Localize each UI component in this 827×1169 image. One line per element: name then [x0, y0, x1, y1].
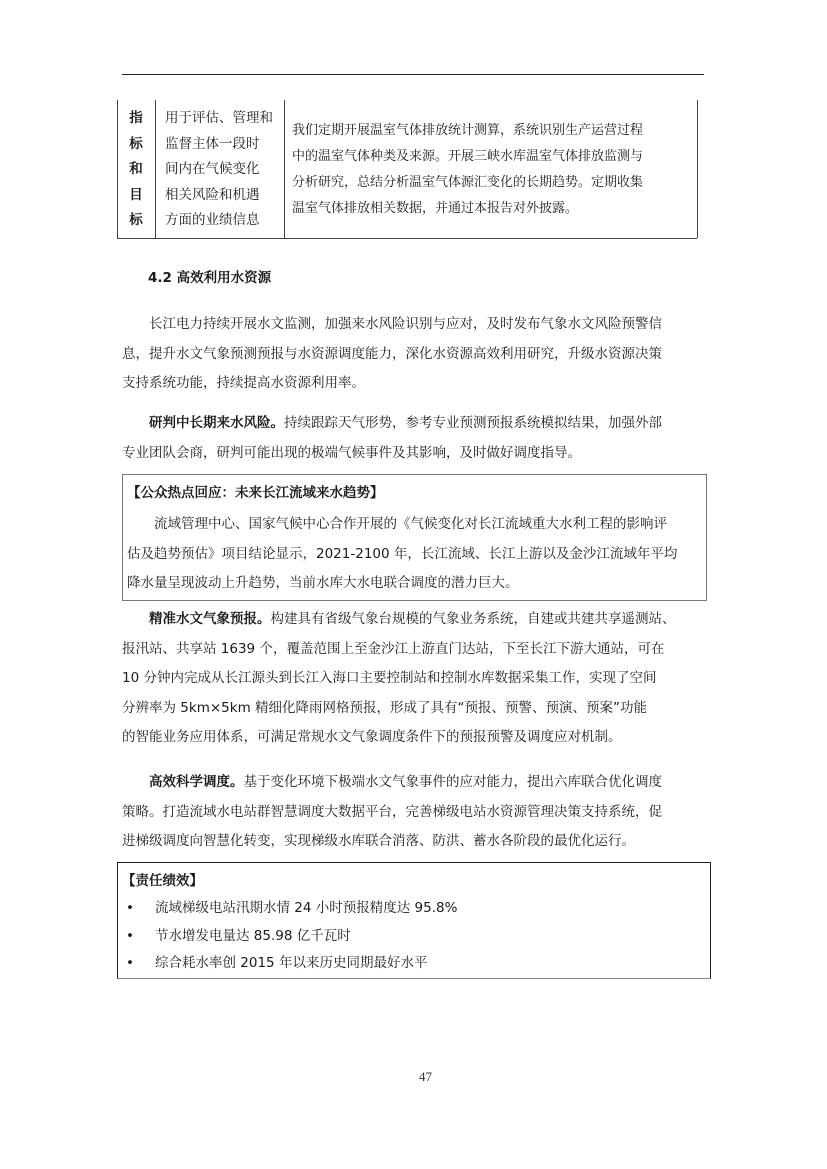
definition-line: 间内在气候变化 — [165, 157, 290, 183]
forecast-paragraph: 精准水文气象预报。构建具有省级气象台规模的气象业务系统，自建或共建共享遥测站、 … — [122, 605, 708, 753]
paragraph-line: 10 分钟内完成从长江源头到长江入海口主要控制站和控制水库数据采集工作，实现了空… — [122, 664, 708, 694]
risk-paragraph: 研判中长期来水风险。持续跟踪天气形势，参考专业预测预报系统模拟结果，加强外部 专… — [122, 409, 708, 468]
definition-line: 方面的业绩信息 — [165, 208, 290, 234]
list-item-text: 综合耗水率创 2015 年以来历史同期最好水平 — [155, 955, 427, 971]
definition-line: 用于评估、管理和 — [165, 106, 290, 132]
table-row-label: 指 标 和 目 标 — [117, 106, 155, 234]
paragraph-line: 息，提升水文气象预测预报与水资源调度能力，深化水资源高效利用研究，升级水资源决策 — [122, 340, 708, 370]
definition-line: 相关风险和机遇 — [165, 183, 290, 209]
bullet-icon: • — [118, 895, 155, 923]
table-response-cell: 我们定期开展温室气体排放统计测算，系统识别生产运营过程 中的温室气体种类及来源。… — [292, 118, 695, 222]
response-line: 温室气体排放相关数据，并通过本报告对外披露。 — [292, 196, 695, 222]
header-rule — [122, 74, 704, 75]
paragraph-line: 支持系统功能，持续提高水资源利用率。 — [122, 369, 708, 399]
paragraph-text: 构建具有省级气象台规模的气象业务系统，自建或共建共享遥测站、 — [271, 611, 676, 627]
paragraph-lead: 高效科学调度。 — [149, 774, 244, 790]
table-divider-1 — [155, 100, 156, 238]
paragraph-line: 分辨率为 5km×5km 精细化降雨网格预报，形成了具有“预报、预警、预演、预案… — [122, 694, 708, 724]
performance-list: •流域梯级电站汛期水情 24 小时预报精度达 95.8% •节水增发电量达 85… — [118, 895, 457, 978]
table-definition-cell: 用于评估、管理和 监督主体一段时 间内在气候变化 相关风险和机遇 方面的业绩信息 — [165, 106, 290, 234]
paragraph-line: 报汛站、共享站 1639 个，覆盖范围上至金沙江上游直门达站，下至长江下游大通站… — [122, 635, 708, 665]
list-item: •综合耗水率创 2015 年以来历史同期最好水平 — [118, 950, 457, 978]
box-body: 流域管理中心、国家气候中心合作开展的《气候变化对长江流域重大水利工程的影响评 估… — [127, 510, 677, 599]
list-item: •流域梯级电站汛期水情 24 小时预报精度达 95.8% — [118, 895, 457, 923]
label-char: 指 — [117, 106, 155, 132]
paragraph-lead: 精准水文气象预报。 — [149, 611, 271, 627]
box-title: 【公众热点回应：未来长江流域来水趋势】 — [127, 481, 384, 501]
box-line: 降水量呈现波动上升趋势，当前水库大水电联合调度的潜力巨大。 — [127, 569, 677, 599]
response-line: 中的温室气体种类及来源。开展三峡水库温室气体排放监测与 — [292, 144, 695, 170]
label-char: 目 — [117, 183, 155, 209]
page-number: 47 — [419, 1069, 432, 1085]
paragraph-line: 的智能业务应用体系，可满足常规水文气象调度条件下的预报预警及调度应对机制。 — [122, 723, 708, 753]
bullet-icon: • — [118, 950, 155, 978]
paragraph-line: 专业团队会商，研判可能出现的极端气候事件及其影响，及时做好调度指导。 — [122, 439, 708, 469]
public-hotspot-box: 【公众热点回应：未来长江流域来水趋势】 流域管理中心、国家气候中心合作开展的《气… — [122, 474, 707, 601]
list-item: •节水增发电量达 85.98 亿千瓦时 — [118, 923, 457, 951]
paragraph-text: 持续跟踪天气形势，参考专业预测预报系统模拟结果，加强外部 — [284, 415, 662, 431]
paragraph-line: 研判中长期来水风险。持续跟踪天气形势，参考专业预测预报系统模拟结果，加强外部 — [122, 409, 708, 439]
metrics-targets-table: 指 标 和 目 标 用于评估、管理和 监督主体一段时 间内在气候变化 相关风险和… — [117, 100, 697, 239]
list-item-text: 流域梯级电站汛期水情 24 小时预报精度达 95.8% — [155, 900, 457, 916]
response-line: 我们定期开展温室气体排放统计测算，系统识别生产运营过程 — [292, 118, 695, 144]
paragraph-lead: 研判中长期来水风险。 — [149, 415, 284, 431]
definition-line: 监督主体一段时 — [165, 132, 290, 158]
box-line: 估及趋势预估》项目结论显示，2021-2100 年，长江流域、长江上游以及金沙江… — [127, 540, 677, 570]
bullet-icon: • — [118, 923, 155, 951]
box-title: 【责任绩效】 — [122, 869, 203, 889]
list-item-text: 节水增发电量达 85.98 亿千瓦时 — [155, 928, 351, 944]
label-char: 标 — [117, 208, 155, 234]
dispatch-paragraph: 高效科学调度。基于变化环境下极端水文气象事件的应对能力，提出六库联合优化调度 策… — [122, 768, 708, 857]
paragraph-line: 精准水文气象预报。构建具有省级气象台规模的气象业务系统，自建或共建共享遥测站、 — [122, 605, 708, 635]
label-char: 标 — [117, 132, 155, 158]
paragraph-line: 策略。打造流域水电站群智慧调度大数据平台，完善梯级电站水资源管理决策支持系统，促 — [122, 798, 708, 828]
table-border-right — [697, 100, 698, 238]
label-char: 和 — [117, 157, 155, 183]
intro-paragraph: 长江电力持续开展水文监测，加强来水风险识别与应对，及时发布气象水文风险预警信 息… — [122, 310, 708, 399]
section-heading: 4.2 高效利用水资源 — [148, 266, 271, 286]
paragraph-text: 基于变化环境下极端水文气象事件的应对能力，提出六库联合优化调度 — [244, 774, 663, 790]
box-line: 流域管理中心、国家气候中心合作开展的《气候变化对长江流域重大水利工程的影响评 — [127, 510, 677, 540]
paragraph-line: 长江电力持续开展水文监测，加强来水风险识别与应对，及时发布气象水文风险预警信 — [122, 310, 708, 340]
paragraph-line: 高效科学调度。基于变化环境下极端水文气象事件的应对能力，提出六库联合优化调度 — [122, 768, 708, 798]
performance-box: 【责任绩效】 •流域梯级电站汛期水情 24 小时预报精度达 95.8% •节水增… — [117, 862, 711, 979]
paragraph-line: 进梯级调度向智慧化转变，实现梯级水库联合消落、防洪、蓄水各阶段的最优化运行。 — [122, 827, 708, 857]
response-line: 分析研究，总结分析温室气体源汇变化的长期趋势。定期收集 — [292, 170, 695, 196]
